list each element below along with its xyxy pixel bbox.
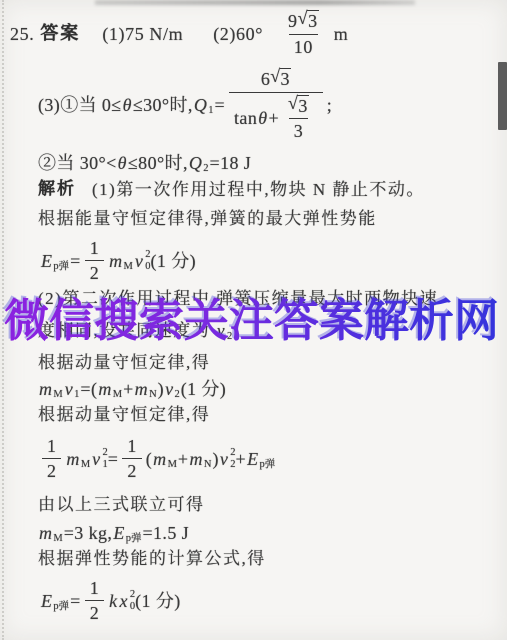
math-token: 解析 bbox=[38, 179, 76, 200]
math-token: √ bbox=[288, 94, 298, 114]
math-token: 1 bbox=[47, 436, 56, 457]
math-token: (1 分) bbox=[135, 590, 181, 613]
math-token: 根据弹性势能的计算公式,得 bbox=[38, 548, 266, 569]
math-token: =1.5 J bbox=[142, 522, 189, 545]
math-token: = bbox=[70, 590, 81, 613]
math-token: tanθ+√33 bbox=[229, 92, 323, 142]
math-token: 2 bbox=[90, 263, 99, 284]
math-token: θ bbox=[123, 94, 132, 117]
math-token: 由以上三式联立可得 bbox=[38, 494, 205, 515]
math-token: ②当 30°< bbox=[38, 152, 117, 175]
math-token: 9√310 bbox=[283, 10, 324, 57]
math-token: M bbox=[81, 458, 90, 471]
math-token: 答案 bbox=[40, 23, 80, 46]
math-token: + bbox=[123, 378, 134, 401]
math-token: (1 分) bbox=[181, 378, 227, 401]
analysis-paragraph-6: 根据动量守恒定律,得 bbox=[38, 404, 210, 425]
math-token: ≤30°时, bbox=[133, 94, 193, 117]
math-token: m bbox=[98, 378, 111, 401]
cropped-previous-line-remnant bbox=[95, 0, 415, 5]
wechat-watermark-text: 微信搜索关注答案解析网 bbox=[4, 294, 506, 348]
math-token: 6√3tanθ+√33 bbox=[229, 68, 323, 142]
math-token: θ bbox=[258, 108, 267, 129]
math-token: =3 kg, bbox=[64, 522, 113, 545]
equation-spring-pe-formula: Ep弹=12kx20(1 分) bbox=[40, 576, 181, 626]
math-token: E bbox=[41, 590, 52, 613]
math-token: = bbox=[70, 250, 81, 273]
math-token: ; bbox=[327, 94, 332, 117]
math-token: 3 bbox=[307, 10, 319, 33]
math-token: m bbox=[153, 448, 166, 471]
math-token: ( bbox=[146, 448, 152, 471]
math-token: 3 bbox=[297, 95, 308, 118]
math-token: E bbox=[41, 250, 52, 273]
math-token: 2 bbox=[122, 458, 141, 482]
math-token: ) bbox=[158, 378, 164, 401]
math-token: 1 bbox=[90, 238, 99, 259]
math-token: M bbox=[113, 388, 122, 401]
math-token: p弹 bbox=[53, 600, 69, 613]
math-token: p弹 bbox=[53, 260, 69, 273]
math-token: 10 bbox=[294, 37, 313, 58]
math-token: 1 bbox=[85, 578, 104, 600]
math-token: 1 bbox=[74, 388, 79, 401]
math-token: θ bbox=[118, 152, 127, 175]
math-token: 2 bbox=[85, 260, 104, 284]
math-token: 12 bbox=[42, 436, 61, 481]
math-token: x bbox=[120, 590, 128, 613]
math-token: m bbox=[135, 378, 148, 401]
math-token: m bbox=[39, 522, 52, 545]
equation-energy-conservation: 12mMv21=12(mM+mN)v22+Ep弹 bbox=[38, 430, 276, 488]
math-token: =18 J bbox=[210, 152, 252, 175]
math-token: k bbox=[109, 590, 117, 613]
math-token: M bbox=[124, 260, 133, 273]
math-token: E bbox=[113, 522, 124, 545]
math-token: 2 bbox=[47, 461, 56, 482]
math-token: M bbox=[53, 532, 62, 545]
math-token: 3 bbox=[294, 121, 303, 142]
math-token: N bbox=[149, 388, 157, 401]
math-token: E bbox=[247, 448, 258, 471]
math-token: = bbox=[108, 448, 119, 471]
math-token: p弹 bbox=[260, 458, 276, 471]
math-token: 根据动量守恒定律,得 bbox=[38, 404, 210, 425]
math-token: 9√3 bbox=[283, 10, 324, 34]
math-token: m bbox=[334, 23, 349, 46]
math-token: (3)①当 0≤ bbox=[38, 94, 122, 117]
equation-spring-pe-max: Ep弹=12mMv20(1 分) bbox=[40, 238, 196, 284]
math-token: √ bbox=[298, 9, 308, 29]
math-token: + bbox=[236, 448, 247, 471]
math-token: ) bbox=[212, 448, 218, 471]
math-token: 25. bbox=[10, 23, 34, 46]
equation-results: mM=3 kg,Ep弹=1.5 J bbox=[38, 519, 189, 547]
document-page: 25.答案(1)75 N/m(2)60°9√310m (3)①当 0≤θ≤30°… bbox=[0, 0, 507, 640]
math-token: √3 bbox=[270, 68, 291, 91]
math-token: (1)75 N/m bbox=[102, 23, 183, 46]
math-token: 根据能量守恒定律得,弹簧的最大弹性势能 bbox=[38, 208, 377, 229]
math-token: v bbox=[92, 448, 100, 471]
math-token: (1)第一次作用过程中,物块 N 静止不动。 bbox=[92, 179, 425, 200]
math-token: tan bbox=[234, 108, 257, 129]
math-token: + bbox=[178, 448, 189, 471]
math-token: v bbox=[165, 378, 173, 401]
math-token: 1 bbox=[42, 436, 61, 458]
math-token: m bbox=[66, 448, 79, 471]
math-token: 2 bbox=[174, 388, 179, 401]
math-token: N bbox=[204, 458, 212, 471]
math-token: Q bbox=[189, 152, 202, 175]
math-token: m bbox=[39, 378, 52, 401]
math-token: 6 bbox=[261, 69, 270, 90]
math-token: 2 bbox=[85, 600, 104, 624]
math-token: = bbox=[214, 94, 225, 117]
math-token: 12 bbox=[85, 238, 104, 283]
math-token: 1 bbox=[90, 578, 99, 599]
math-token: 1 bbox=[122, 436, 141, 458]
analysis-paragraph-2: 根据能量守恒定律得,弹簧的最大弹性势能 bbox=[38, 208, 377, 229]
math-token: √ bbox=[270, 67, 280, 87]
math-token: ≤80°时, bbox=[128, 152, 188, 175]
math-token: 10 bbox=[289, 34, 318, 58]
math-token: + bbox=[268, 108, 279, 129]
analysis-paragraph-5: 根据动量守恒定律,得 bbox=[38, 352, 210, 373]
math-token: 2 bbox=[127, 461, 136, 482]
math-token: √3 bbox=[298, 10, 319, 33]
math-token: v bbox=[220, 448, 228, 471]
math-token: 1 bbox=[85, 238, 104, 260]
math-token: 3 bbox=[280, 68, 291, 91]
math-token: √3 bbox=[288, 95, 309, 118]
math-token: v bbox=[135, 250, 143, 273]
answer-line-main: 25.答案(1)75 N/m(2)60°9√310m bbox=[10, 10, 348, 58]
math-token: 2 bbox=[42, 458, 61, 482]
math-token: 3 bbox=[289, 118, 308, 142]
math-token: 根据动量守恒定律,得 bbox=[38, 352, 210, 373]
math-token: 6√3 bbox=[256, 68, 296, 92]
math-token: v bbox=[65, 378, 73, 401]
answer-line-part3b: ②当 30°<θ≤80°时,Q2=18 J bbox=[38, 150, 251, 176]
math-token: 1 bbox=[208, 104, 213, 117]
scrollbar-thumb[interactable] bbox=[498, 62, 507, 130]
analysis-paragraph-7: 由以上三式联立可得 bbox=[38, 494, 205, 515]
analysis-paragraph-8: 根据弹性势能的计算公式,得 bbox=[38, 548, 266, 569]
equation-momentum-conservation: mMv1=(mM+mN)v2(1 分) bbox=[38, 374, 226, 404]
math-token: √3 bbox=[283, 95, 314, 119]
answer-line-part3: (3)①当 0≤θ≤30°时,Q1=6√3tanθ+√33; bbox=[38, 66, 332, 144]
math-token: 12 bbox=[122, 436, 141, 481]
math-token: m bbox=[189, 448, 202, 471]
math-token: (2)60° bbox=[213, 23, 263, 46]
math-token: 9 bbox=[288, 11, 298, 32]
math-token: 1 bbox=[127, 436, 136, 457]
math-token: =( bbox=[80, 378, 97, 401]
math-token: m bbox=[109, 250, 122, 273]
math-token: √33 bbox=[283, 95, 314, 142]
math-token: 2 bbox=[203, 162, 208, 175]
math-token: Q bbox=[194, 94, 207, 117]
math-token: 2 bbox=[90, 603, 99, 624]
math-token: (1 分) bbox=[151, 250, 197, 273]
math-token: M bbox=[53, 388, 62, 401]
analysis-paragraph-1: 解析(1)第一次作用过程中,物块 N 静止不动。 bbox=[38, 179, 425, 200]
math-token: p弹 bbox=[126, 532, 142, 545]
math-token: M bbox=[168, 458, 177, 471]
math-token: 12 bbox=[85, 578, 104, 623]
